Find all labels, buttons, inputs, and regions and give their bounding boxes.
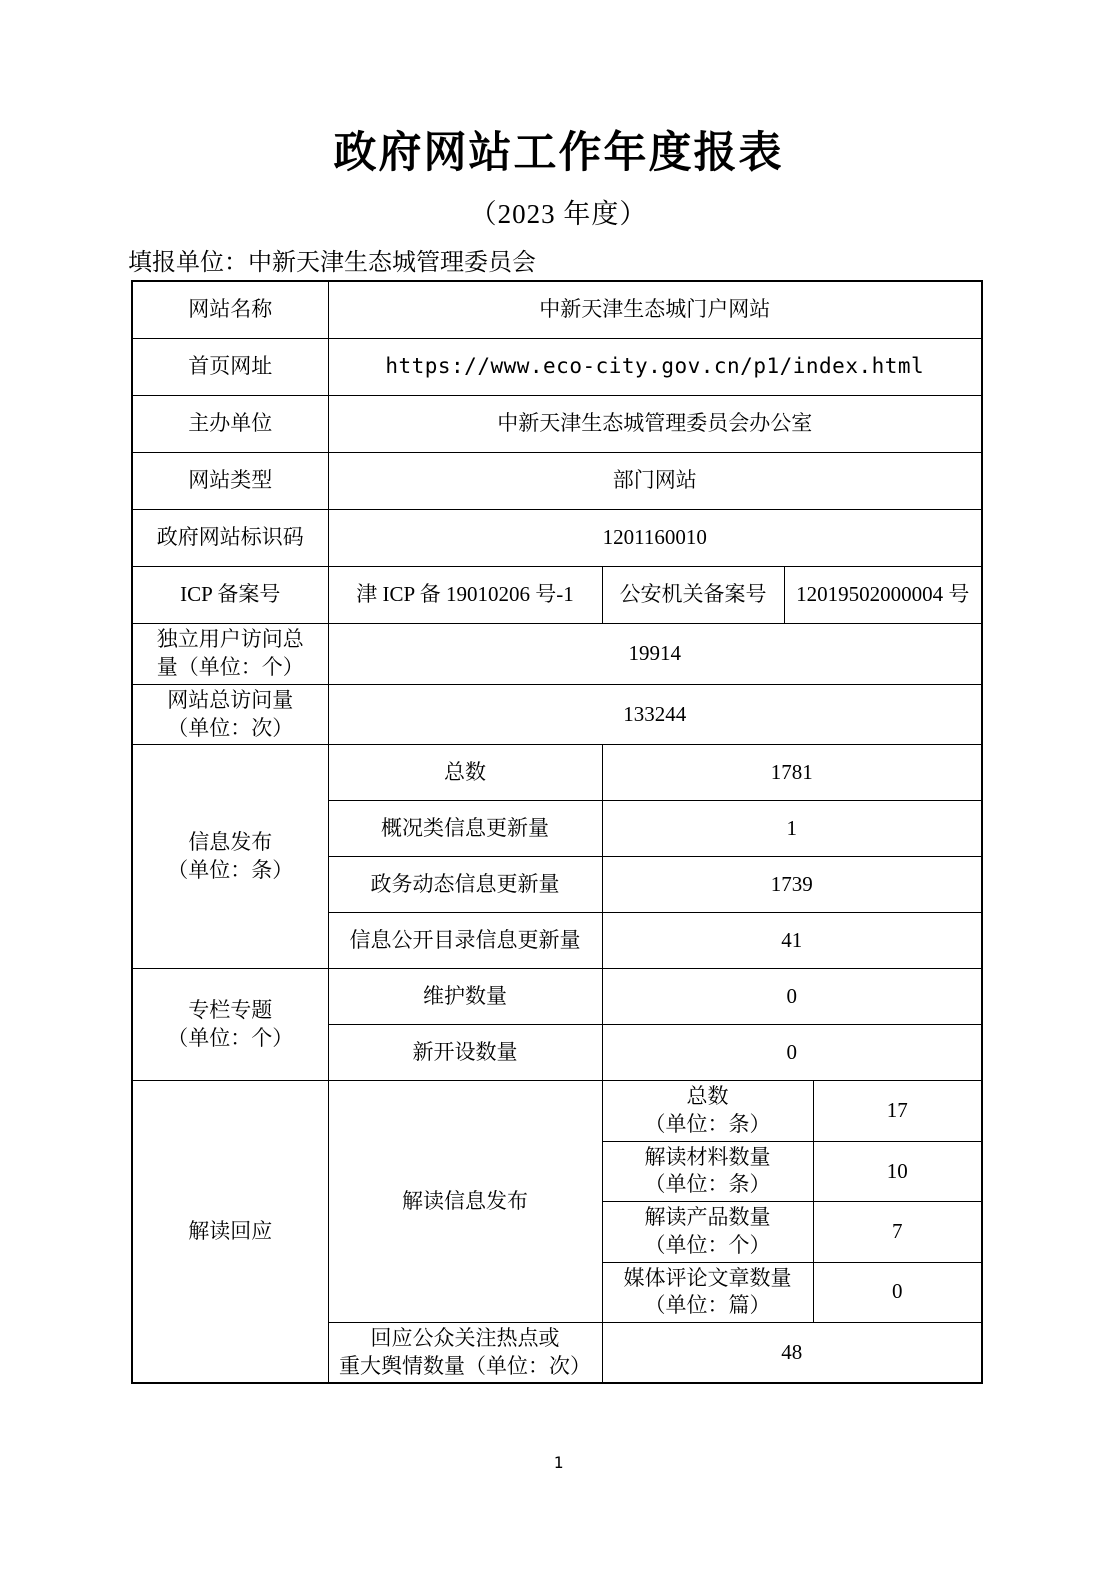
interpretation-row-value: 10 [813,1141,982,1201]
row-site-name: 网站名称 中新天津生态城门户网站 [132,281,982,338]
interpretation-row-value: 0 [813,1262,982,1322]
total-visits-value: 133244 [328,684,982,744]
annual-report-table: 网站名称 中新天津生态城门户网站 首页网址 https://www.eco-ci… [131,280,983,1384]
organizer-value: 中新天津生态城管理委员会办公室 [328,395,982,452]
site-type-value: 部门网站 [328,452,982,509]
report-page: { "page": { "title": "政府网站工作年度报表", "subt… [0,0,1117,1579]
interpretation-row-label: 总数 （单位：条） [602,1081,813,1141]
site-id-code-value: 1201160010 [328,509,982,566]
icp-label: ICP 备案号 [132,566,328,623]
info-release-row-label: 概况类信息更新量 [328,801,602,857]
info-release-row-label: 政务动态信息更新量 [328,857,602,913]
interpretation-row-label: 解读材料数量 （单位：条） [602,1141,813,1201]
interpretation-section-label: 解读回应 [132,1081,328,1384]
special-columns-section-label: 专栏专题 （单位：个） [132,969,328,1081]
hotspot-response-label: 回应公众关注热点或 重大舆情数量（单位：次） [328,1322,602,1383]
row-homepage-url: 首页网址 https://www.eco-city.gov.cn/p1/inde… [132,338,982,395]
row-total-visits: 网站总访问量 （单位：次） 133244 [132,684,982,744]
interpretation-row-label: 解读产品数量 （单位：个） [602,1202,813,1262]
unique-visitors-value: 19914 [328,623,982,684]
info-release-section-label: 信息发布 （单位：条） [132,745,328,969]
site-name-label: 网站名称 [132,281,328,338]
interpretation-row-value: 17 [813,1081,982,1141]
special-columns-row-value: 0 [602,969,982,1025]
special-columns-row-label: 维护数量 [328,969,602,1025]
info-release-row-value: 1739 [602,857,982,913]
info-release-row-value: 1 [602,801,982,857]
row-unique-visitors: 独立用户访问总 量（单位：个） 19914 [132,623,982,684]
interpretation-row-label: 媒体评论文章数量 （单位：篇） [602,1262,813,1322]
homepage-url-label: 首页网址 [132,338,328,395]
interpretation-info-label: 解读信息发布 [328,1081,602,1323]
info-release-row-label: 总数 [328,745,602,801]
homepage-url-value: https://www.eco-city.gov.cn/p1/index.htm… [328,338,982,395]
special-columns-row-label: 新开设数量 [328,1025,602,1081]
site-type-label: 网站类型 [132,452,328,509]
special-columns-row-value: 0 [602,1025,982,1081]
info-release-row-label: 信息公开目录信息更新量 [328,913,602,969]
interpretation-row-value: 7 [813,1202,982,1262]
reporting-unit-line: 填报单位：中新天津生态城管理委员会 [128,242,1117,277]
row-icp: ICP 备案号 津 ICP 备 19010206 号-1 公安机关备案号 120… [132,566,982,623]
police-record-label: 公安机关备案号 [602,566,784,623]
row-site-id-code: 政府网站标识码 1201160010 [132,509,982,566]
site-name-value: 中新天津生态城门户网站 [328,281,982,338]
site-id-code-label: 政府网站标识码 [132,509,328,566]
row-special-columns-maintained: 专栏专题 （单位：个） 维护数量 0 [132,969,982,1025]
page-title: 政府网站工作年度报表 [0,130,1117,177]
unique-visitors-label: 独立用户访问总 量（单位：个） [132,623,328,684]
info-release-row-value: 41 [602,913,982,969]
total-visits-label: 网站总访问量 （单位：次） [132,684,328,744]
page-number: 1 [0,1453,1117,1472]
row-organizer: 主办单位 中新天津生态城管理委员会办公室 [132,395,982,452]
row-interpretation-total: 解读回应 解读信息发布 总数 （单位：条） 17 [132,1081,982,1141]
row-site-type: 网站类型 部门网站 [132,452,982,509]
page-subtitle: （2023 年度） [0,192,1117,231]
police-record-value: 12019502000004 号 [784,566,982,623]
row-info-release-total: 信息发布 （单位：条） 总数 1781 [132,745,982,801]
info-release-row-value: 1781 [602,745,982,801]
organizer-label: 主办单位 [132,395,328,452]
icp-value: 津 ICP 备 19010206 号-1 [328,566,602,623]
hotspot-response-value: 48 [602,1322,982,1383]
document: 政府网站工作年度报表 （2023 年度） 填报单位：中新天津生态城管理委员会 网… [0,0,1117,1384]
